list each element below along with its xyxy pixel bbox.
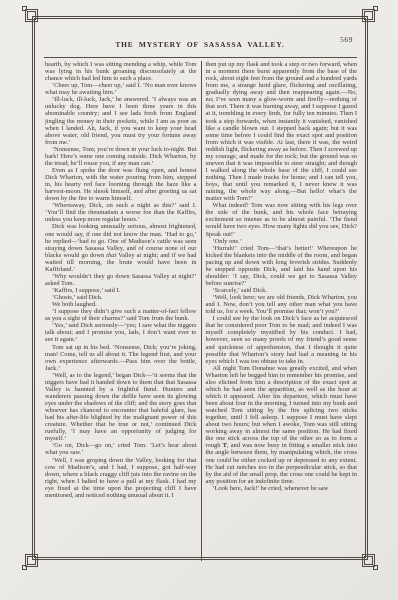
paragraph: ‘Whereaway, Dick, on such a night as thi… [45, 202, 197, 223]
paragraph: ‘Look here, Jack!’ he cried, whenever he… [206, 485, 358, 492]
paragraph: ‘Scarcely,’ said Dick. [206, 287, 358, 294]
paragraph: ‘Yes,’ said Dick seriously—‘yes; I saw w… [45, 322, 197, 343]
paragraph-text: All night Tom Donahue was greatly excite… [206, 365, 358, 450]
page-border: THE MYSTERY OF SASASSA VALLEY. 569 heart… [32, 16, 368, 560]
paragraph: ‘Why wouldn’t they go down Sasassa Valle… [45, 273, 197, 287]
paragraph: ‘Well, look here; we are old friends, Di… [206, 294, 358, 315]
scanned-book-page: THE MYSTERY OF SASASSA VALLEY. 569 heart… [0, 0, 398, 600]
paragraph: ‘Kaffirs, I suppose,’ said I. [45, 287, 197, 294]
paragraph: ‘Hurrah!’ cried Tom—‘that’s better!’ Whe… [206, 245, 358, 287]
page-content: THE MYSTERY OF SASASSA VALLEY. 569 heart… [35, 19, 365, 557]
left-column: hearth, by which I was sitting mending a… [45, 61, 201, 561]
paragraph: ‘Well, I was groping down the Valley, lo… [45, 457, 197, 499]
page-title: THE MYSTERY OF SASASSA VALLEY. [115, 40, 284, 49]
paragraph: hearth, by which I was sitting mending a… [45, 61, 197, 82]
header-rule [44, 57, 357, 58]
paragraph: Tom sat up in his bed. ‘Nonsense, Dick; … [45, 344, 197, 372]
paragraph: ‘I suppose they didn’t give such a matte… [45, 308, 197, 322]
paragraph-text: , and was now busy in fitting a smaller … [206, 442, 358, 484]
page-number: 569 [340, 35, 353, 44]
right-column: then put up my flask and took a step or … [201, 61, 358, 561]
paragraph: ‘Ill-luck, ill-luck, Jack,’ he answered.… [45, 96, 197, 145]
running-head: THE MYSTERY OF SASASSA VALLEY. 569 [35, 19, 365, 52]
paragraph: ‘Nonsense, Tom; you’re down in your luck… [45, 146, 197, 167]
paragraph: We both laughed. [45, 301, 197, 308]
paragraph: ‘Cheer up, Tom—cheer up,’ said I. ‘No ma… [45, 82, 197, 96]
paragraph: ‘Ghosts,’ said Dick. [45, 294, 197, 301]
paragraph: All night Tom Donahue was greatly excite… [206, 365, 358, 485]
paragraph: Dick was looking unusually serious, almo… [45, 223, 197, 272]
paragraph: ‘Go on, Dick—go on,’ cried Tom. ‘Let’s h… [45, 442, 197, 456]
paragraph: What indeed? Tom was now sitting with hi… [206, 202, 358, 237]
paragraph: then put up my flask and took a step or … [206, 61, 358, 202]
paragraph: Even as I spoke the door was flung open,… [45, 167, 197, 202]
text-columns: hearth, by which I was sitting mending a… [45, 61, 357, 561]
paragraph: ‘Only one.’ [206, 238, 358, 245]
paragraph: I could see by the look on Dick’s face a… [206, 315, 358, 364]
paragraph: ‘Well, as to the legend,’ began Dick—‘it… [45, 372, 197, 443]
emphasized-word: that [106, 252, 116, 259]
